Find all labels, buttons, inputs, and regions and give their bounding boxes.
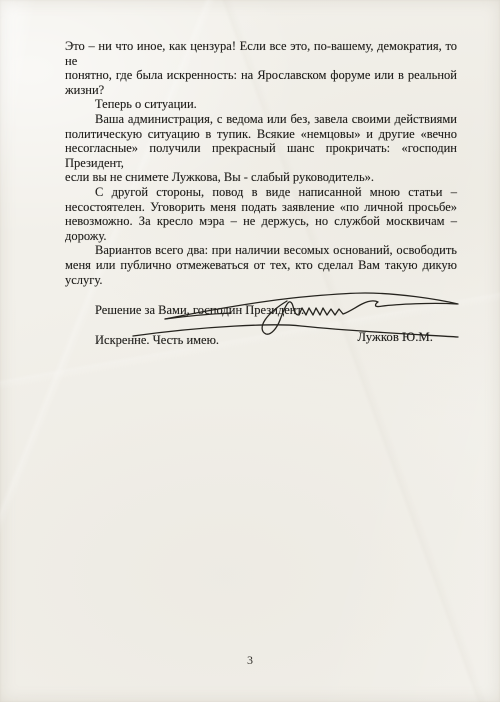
letter-line: политическую ситуацию в тупик. Всякие «н… bbox=[65, 127, 457, 142]
letter-line: несостоятелен. Уговорить меня подать зая… bbox=[65, 200, 457, 215]
letter-line: Ваша администрация, с ведома или без, за… bbox=[65, 112, 457, 127]
page-number: 3 bbox=[0, 653, 500, 668]
signature-name: Лужков Ю.М. bbox=[65, 330, 433, 345]
letter-line: жизни? bbox=[65, 83, 457, 98]
letter-paragraphs: Это – ни что иное, как цензура! Если все… bbox=[65, 39, 457, 287]
letter-line: меня или публично отмежеваться от тех, к… bbox=[65, 258, 457, 273]
letter-line: понятно, где была искренность: на Яросла… bbox=[65, 68, 457, 83]
letter-line: Это – ни что иное, как цензура! Если все… bbox=[65, 39, 457, 68]
letter-line: невозможно. За кресло мэра – не держусь,… bbox=[65, 214, 457, 243]
letter-line: услугу. bbox=[65, 273, 457, 288]
letter-line: Теперь о ситуации. bbox=[65, 97, 457, 112]
letter-line: несогласные» получили прекрасный шанс пр… bbox=[65, 141, 457, 170]
letter-line: если вы не снимете Лужкова, Вы - слабый … bbox=[65, 170, 457, 185]
letter-line: С другой стороны, повод в виде написанно… bbox=[65, 185, 457, 200]
scanned-letter-page: Это – ни что иное, как цензура! Если все… bbox=[0, 0, 500, 702]
letter-line: Вариантов всего два: при наличии весомых… bbox=[65, 243, 457, 258]
